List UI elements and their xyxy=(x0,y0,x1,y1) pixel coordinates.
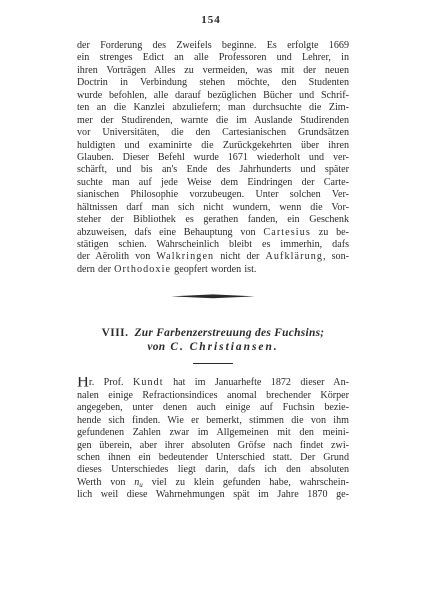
text-segment: steher der Bibliothek es gerathen fanden… xyxy=(77,214,349,225)
byline: vonC. Christiansen. xyxy=(77,340,349,354)
text-segment: schärft, und bis an's Ende des Jahrhunde… xyxy=(77,164,349,175)
continuation-paragraph: der Forderung des Zweifels beginne. Es e… xyxy=(77,40,349,276)
text-line: vor Universitäten, die den Cartesianisch… xyxy=(77,127,349,139)
text-line: wurde befohlen, alle darauf bezüglichen … xyxy=(77,90,349,102)
section-title: Zur Farbenzerstreuung des Fuchsins; xyxy=(134,327,324,339)
text-segment: abzuweisen, dafs eine Behauptung von xyxy=(77,227,263,238)
section-divider-rule xyxy=(171,294,255,299)
text-segment: angegeben, unter denen auch einige auf F… xyxy=(77,402,349,413)
text-line: huldigten und examinirte die Zurückgekeh… xyxy=(77,140,349,152)
text-line: ihren Vorträgen Alles zu vermeiden, was … xyxy=(77,65,349,77)
text-segment: geopfert worden ist. xyxy=(171,264,256,275)
text-segment: sianischen Philosophie vorzubeugen. Unte… xyxy=(77,189,349,200)
page-number: 154 xyxy=(0,14,422,26)
text-line: nalen einige Refractionsindices anomal b… xyxy=(77,390,349,402)
text-line: gen überein, aber ihrer absoluten Gröfse… xyxy=(77,440,349,452)
text-line: Glauben. Dieser Befehl wurde 1671 wieder… xyxy=(77,152,349,164)
text-line: angegeben, unter denen auch einige auf F… xyxy=(77,402,349,414)
text-segment: huldigten und examinirte die Zurückgekeh… xyxy=(77,140,349,151)
body-text-column: der Forderung des Zweifels beginne. Es e… xyxy=(77,40,349,502)
text-segment: Aufklärung xyxy=(265,251,323,262)
text-segment: ein strenges Edict an alle Professoren u… xyxy=(77,52,349,63)
text-segment: viel zu klein gefunden habe, wahrschein- xyxy=(143,477,349,488)
text-segment: nicht der xyxy=(214,251,265,262)
text-segment: Glauben. Dieser Befehl wurde 1671 wieder… xyxy=(77,152,349,163)
text-segment: dern der xyxy=(77,264,114,275)
text-line: schärft, und bis an's Ende des Jahrhunde… xyxy=(77,164,349,176)
text-segment: Walkringen xyxy=(156,251,214,262)
text-line: schen ihnen ein bedeutender Unterschied … xyxy=(77,452,349,464)
text-segment: Orthodoxie xyxy=(114,264,171,275)
text-segment: wurde befohlen, alle darauf bezüglichen … xyxy=(77,90,349,101)
text-segment: suchte man auf jede Weise dem Eindringen… xyxy=(77,177,349,188)
text-segment: nalen einige Refractionsindices anomal b… xyxy=(77,390,349,401)
text-line: ten an die Kanzlei abzuliefern; man durc… xyxy=(77,102,349,114)
section-heading: VIII.Zur Farbenzerstreuung des Fuchsins; xyxy=(77,326,349,340)
text-segment: hältnissen darf man sich nicht wundern, … xyxy=(77,202,349,213)
text-segment: hat im Januarhefte 1872 dieser An- xyxy=(164,377,349,388)
text-line: der Aërolith von Walkringen nicht der Au… xyxy=(77,251,349,263)
text-segment: Doctrin in Verbindung stehen möchte, den… xyxy=(77,77,349,88)
text-segment: mer der Studirenden, warnte die im Ausla… xyxy=(77,115,349,126)
text-line: sianischen Philosophie vorzubeugen. Unte… xyxy=(77,189,349,201)
text-segment: stätigen schien. Wahrscheinlich bleibt e… xyxy=(77,239,349,250)
intro-paragraph: Hr. Prof. Kundt hat im Januarhefte 1872 … xyxy=(77,377,349,501)
text-segment: der Forderung des Zweifels beginne. Es e… xyxy=(77,40,349,51)
text-line: gefundenen Zahlen zwar im Allgemeinen mi… xyxy=(77,427,349,439)
drop-cap-initial: H xyxy=(77,377,89,389)
text-segment: Cartesius xyxy=(263,227,310,238)
text-segment: dieses Unterschiedes liegt darin, dafs i… xyxy=(77,464,349,475)
journal-page: 154 der Forderung des Zweifels beginne. … xyxy=(0,0,422,598)
text-line: Werth von nu viel zu klein gefunden habe… xyxy=(77,477,349,489)
text-segment: vor Universitäten, die den Cartesianisch… xyxy=(77,127,349,138)
text-line: dieses Unterschiedes liegt darin, dafs i… xyxy=(77,464,349,476)
text-line: der Forderung des Zweifels beginne. Es e… xyxy=(77,40,349,52)
text-segment: der Aërolith von xyxy=(77,251,156,262)
text-segment: lich weil diese Wahrnehmungen spät im Ja… xyxy=(77,489,349,500)
text-line: Doctrin in Verbindung stehen möchte, den… xyxy=(77,77,349,89)
text-segment: schen ihnen ein bedeutender Unterschied … xyxy=(77,452,349,463)
text-line: hältnissen darf man sich nicht wundern, … xyxy=(77,202,349,214)
text-segment: zu be- xyxy=(311,227,349,238)
byline-prefix: von xyxy=(147,341,165,353)
text-segment: hende sich finden. Wie er bemerkt, stimm… xyxy=(77,415,349,426)
text-segment: ihren Vorträgen Alles zu vermeiden, was … xyxy=(77,65,349,76)
text-segment: ten an die Kanzlei abzuliefern; man durc… xyxy=(77,102,349,113)
text-segment: gen überein, aber ihrer absoluten Gröfse… xyxy=(77,440,349,451)
text-segment: Kundt xyxy=(133,377,164,388)
section-number: VIII. xyxy=(102,327,129,339)
text-line: lich weil diese Wahrnehmungen spät im Ja… xyxy=(77,489,349,501)
text-line: abzuweisen, dafs eine Behauptung von Car… xyxy=(77,227,349,239)
text-line: Hr. Prof. Kundt hat im Januarhefte 1872 … xyxy=(77,377,349,389)
text-segment: r. Prof. xyxy=(89,377,133,388)
text-segment: gefundenen Zahlen zwar im Allgemeinen mi… xyxy=(77,427,349,438)
heading-rule xyxy=(193,363,233,364)
text-line: steher der Bibliothek es gerathen fanden… xyxy=(77,214,349,226)
text-line: hende sich finden. Wie er bemerkt, stimm… xyxy=(77,415,349,427)
author-name: C. Christiansen. xyxy=(170,341,278,353)
text-line: ein strenges Edict an alle Professoren u… xyxy=(77,52,349,64)
text-segment: Werth von xyxy=(77,477,134,488)
text-line: mer der Studirenden, warnte die im Ausla… xyxy=(77,115,349,127)
text-line: suchte man auf jede Weise dem Eindringen… xyxy=(77,177,349,189)
text-line: dern der Orthodoxie geopfert worden ist. xyxy=(77,264,349,276)
text-line: stätigen schien. Wahrscheinlich bleibt e… xyxy=(77,239,349,251)
text-segment: , son- xyxy=(323,251,349,262)
